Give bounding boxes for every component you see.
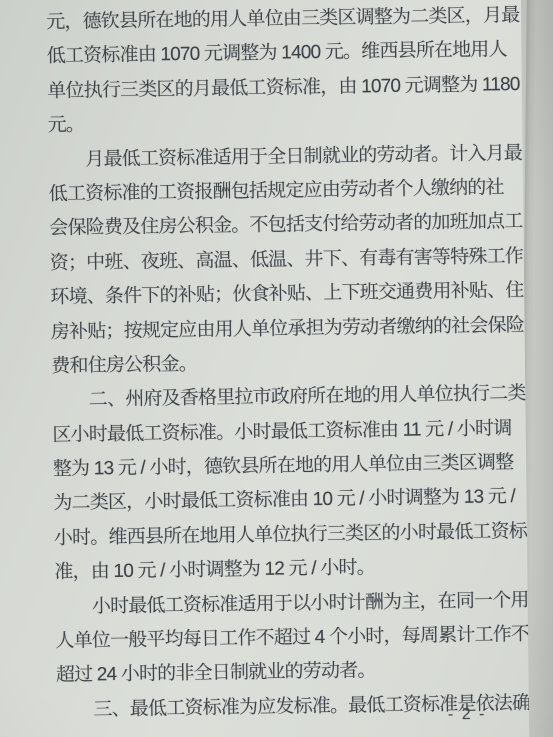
document-body: 元，德钦县所在地的用人单位由三类区调整为二类区，月最低工资标准由 1070 元调… [46, 0, 513, 728]
page-number: - 2 - [448, 706, 487, 725]
document-text-line: 三、最低工资标准为应发标准。最低工资标准是依法确 [56, 687, 512, 728]
paper-page: 元，德钦县所在地的用人单位由三类区调整为二类区，月最低工资标准由 1070 元调… [0, 0, 553, 737]
document-text-line: 小时。维西县所在地用人单位执行三类区的小时最低工资标 [54, 515, 510, 556]
document-text-line: 房补贴；按规定应由用人单位承担为劳动者缴纳的社会保险 [51, 309, 507, 350]
document-text-line: 单位执行三类区的月最低工资标准，由 1070 元调整为 1180 [47, 68, 503, 109]
document-text-line: 人单位一般平均每日工作不超过 4 个小时，每周累计工作不 [55, 618, 511, 659]
photo-frame: 元，德钦县所在地的用人单位由三类区调整为二类区，月最低工资标准由 1070 元调… [0, 0, 553, 737]
